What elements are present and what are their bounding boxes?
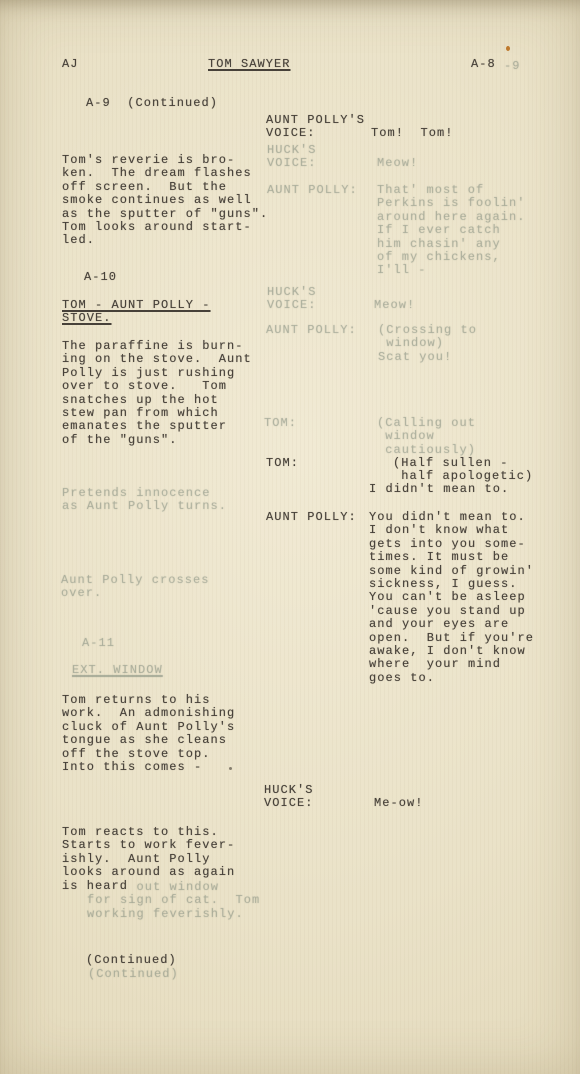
ghost-continued-note: (Continued) — [88, 968, 179, 981]
dialogue-tom: I didn't mean to. — [369, 483, 509, 496]
character-cue-aunt-pollys-voice: AUNT POLLY'S VOICE: — [266, 114, 365, 141]
dialogue-aunt-polly: You didn't mean to. I don't know what ge… — [369, 511, 534, 685]
ghost-page-mark: -9 — [504, 60, 521, 73]
action-paragraph: Tom returns to his work. An admonishing … — [62, 694, 235, 774]
continued-note: (Continued) — [86, 954, 177, 967]
ghost-character-cue: TOM: — [264, 417, 297, 430]
ghost-character-cue: HUCK'S VOICE: — [267, 286, 317, 313]
ghost-scene-slug: EXT. WINDOW — [72, 664, 163, 677]
scene-slug-a10: TOM - AUNT POLLY - STOVE. — [62, 299, 211, 326]
ghost-action-note: Pretends innocence as Aunt Polly turns. — [62, 487, 227, 514]
scanned-script-page: -9 HUCK'S VOICE: Meow! AUNT POLLY: That'… — [0, 0, 580, 1074]
ghost-dialogue: (Crossing to window) Scat you! — [378, 324, 477, 364]
orange-ink-speck — [506, 46, 510, 51]
character-cue-aunt-polly: AUNT POLLY: — [266, 511, 357, 524]
ghost-action-note: Aunt Polly crosses over. — [61, 574, 210, 601]
ghost-dialogue: (Calling out window cautiously) — [377, 417, 476, 457]
stray-ink-dot — [229, 767, 232, 770]
ghost-dialogue: That' most of Perkins is foolin' around … — [377, 184, 526, 278]
parenthetical: (Half sullen - half apologetic) — [393, 457, 533, 484]
script-title: TOM SAWYER — [208, 58, 291, 71]
page-number: A-8 — [471, 58, 496, 71]
ghost-scene-number: A-11 — [82, 637, 115, 650]
ghost-dialogue: Meow! — [377, 157, 418, 170]
dialogue-huck: Me-ow! — [374, 797, 424, 810]
scene-number-a10: A-10 — [84, 271, 117, 284]
character-cue-hucks-voice: HUCK'S VOICE: — [264, 784, 314, 811]
scene-heading-a9: A-9 (Continued) — [86, 97, 218, 110]
action-paragraph: The paraffine is burn- ing on the stove.… — [62, 340, 252, 447]
ghost-character-cue: AUNT POLLY: — [266, 324, 357, 337]
ghost-dialogue: Meow! — [374, 299, 415, 312]
dialogue-tom-tom: Tom! Tom! — [371, 127, 454, 140]
ghost-character-cue: HUCK'S VOICE: — [267, 144, 317, 171]
author-initials: AJ — [62, 58, 79, 71]
action-paragraph: Tom's reverie is bro- ken. The dream fla… — [62, 154, 268, 248]
ghost-character-cue: AUNT POLLY: — [267, 184, 358, 197]
character-cue-tom: TOM: — [266, 457, 299, 470]
action-paragraph: Tom reacts to this. Starts to work fever… — [62, 826, 235, 893]
